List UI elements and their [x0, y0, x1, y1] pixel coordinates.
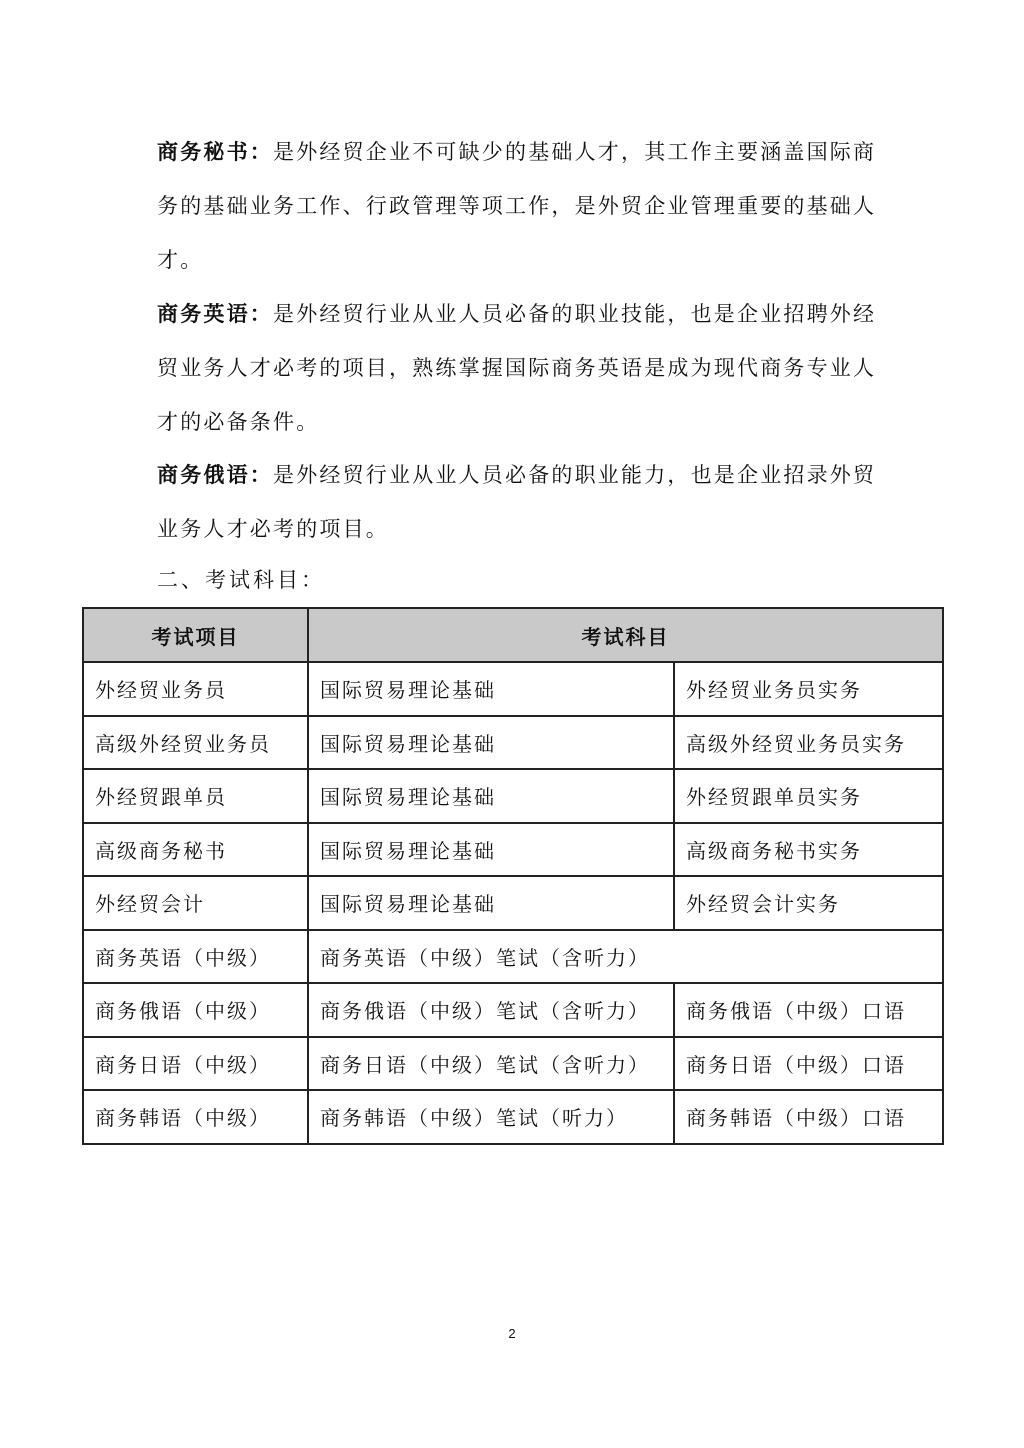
- paragraph-lead: 商务英语：: [157, 302, 273, 326]
- paragraph-business-english: 商务英语：是外经贸行业从业人员必备的职业技能，也是企业招聘外经贸业务人才必考的项…: [157, 287, 887, 449]
- paragraph-business-russian: 商务俄语：是外经贸行业从业人员必备的职业能力，也是企业招录外贸业务人才必考的项目…: [157, 448, 887, 556]
- cell-item: 高级商务秘书: [83, 823, 308, 877]
- cell-item: 外经贸业务员: [83, 662, 308, 716]
- table-row: 商务日语（中级） 商务日语（中级）笔试（含听力） 商务日语（中级）口语: [83, 1037, 943, 1091]
- cell-subject2: 商务韩语（中级）口语: [674, 1090, 943, 1144]
- cell-item: 商务俄语（中级）: [83, 983, 308, 1037]
- page-number: 2: [0, 1326, 1024, 1341]
- table-header-row: 考试项目 考试科目: [83, 608, 943, 662]
- cell-subject1: 国际贸易理论基础: [308, 769, 674, 823]
- paragraph-business-secretary: 商务秘书：是外经贸企业不可缺少的基础人才，其工作主要涵盖国际商务的基础业务工作、…: [157, 125, 887, 287]
- cell-subject1: 国际贸易理论基础: [308, 876, 674, 930]
- table-row: 商务英语（中级） 商务英语（中级）笔试（含听力）: [83, 930, 943, 984]
- table-row: 商务俄语（中级） 商务俄语（中级）笔试（含听力） 商务俄语（中级）口语: [83, 983, 943, 1037]
- cell-subject2: 高级商务秘书实务: [674, 823, 943, 877]
- cell-subject1: 国际贸易理论基础: [308, 823, 674, 877]
- cell-subject2: 外经贸会计实务: [674, 876, 943, 930]
- cell-subject2: 外经贸跟单员实务: [674, 769, 943, 823]
- cell-subject2: 高级外经贸业务员实务: [674, 716, 943, 770]
- cell-subject-merged: 商务英语（中级）笔试（含听力）: [308, 930, 943, 984]
- cell-item: 商务英语（中级）: [83, 930, 308, 984]
- cell-subject2: 商务俄语（中级）口语: [674, 983, 943, 1037]
- table-row: 外经贸跟单员 国际贸易理论基础 外经贸跟单员实务: [83, 769, 943, 823]
- cell-item: 商务韩语（中级）: [83, 1090, 308, 1144]
- exam-subjects-table: 考试项目 考试科目 外经贸业务员 国际贸易理论基础 外经贸业务员实务 高级外经贸…: [82, 607, 944, 1145]
- table-row: 外经贸会计 国际贸易理论基础 外经贸会计实务: [83, 876, 943, 930]
- cell-subject2: 外经贸业务员实务: [674, 662, 943, 716]
- cell-subject1: 商务俄语（中级）笔试（含听力）: [308, 983, 674, 1037]
- paragraph-lead: 商务秘书：: [157, 140, 273, 164]
- cell-item: 外经贸会计: [83, 876, 308, 930]
- table-row: 商务韩语（中级） 商务韩语（中级）笔试（听力） 商务韩语（中级）口语: [83, 1090, 943, 1144]
- table-row: 外经贸业务员 国际贸易理论基础 外经贸业务员实务: [83, 662, 943, 716]
- table-row: 高级外经贸业务员 国际贸易理论基础 高级外经贸业务员实务: [83, 716, 943, 770]
- header-exam-item: 考试项目: [83, 608, 308, 662]
- cell-item: 商务日语（中级）: [83, 1037, 308, 1091]
- header-exam-subjects: 考试科目: [308, 608, 943, 662]
- cell-item: 高级外经贸业务员: [83, 716, 308, 770]
- cell-subject1: 国际贸易理论基础: [308, 716, 674, 770]
- cell-subject1: 商务日语（中级）笔试（含听力）: [308, 1037, 674, 1091]
- cell-subject2: 商务日语（中级）口语: [674, 1037, 943, 1091]
- paragraph-lead: 商务俄语：: [157, 463, 273, 487]
- cell-subject1: 国际贸易理论基础: [308, 662, 674, 716]
- section-heading-exam-subjects: 二、考试科目：: [157, 558, 325, 602]
- table-row: 高级商务秘书 国际贸易理论基础 高级商务秘书实务: [83, 823, 943, 877]
- cell-subject1: 商务韩语（中级）笔试（听力）: [308, 1090, 674, 1144]
- cell-item: 外经贸跟单员: [83, 769, 308, 823]
